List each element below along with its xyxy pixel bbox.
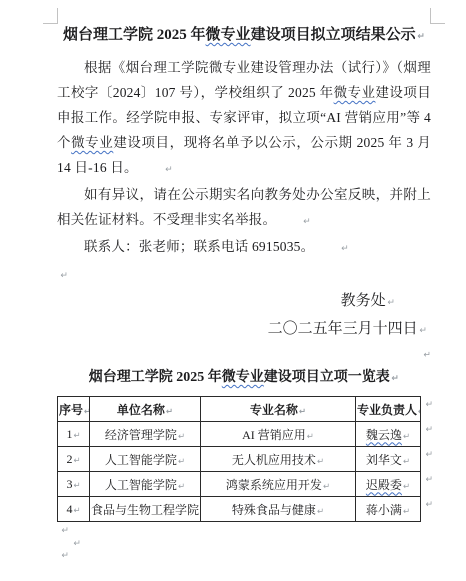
unit-name: 人工智能学院: [105, 453, 177, 467]
cell-major: AI 营销应用↵: [201, 422, 356, 447]
cell-mark-icon: ↵: [178, 482, 185, 492]
header-major-label: 专业名称: [250, 403, 298, 417]
cell-mark-icon: ↵: [84, 407, 89, 417]
leader-name: 蒋小满: [366, 503, 402, 517]
header-cell-no: 序号↵: [58, 397, 90, 422]
cell-mark-icon: ↵: [403, 507, 410, 517]
paragraph-contact: 联系人：张老师；联系电话 6915035。↵: [57, 234, 431, 261]
leader-name: 魏云逸: [366, 428, 402, 442]
row-end-mark-icon: ↵: [425, 425, 433, 435]
cell-mark-icon: ↵: [73, 506, 80, 516]
cell-mark-icon: ↵: [178, 457, 185, 467]
cell-unit: 食品与生物工程学院↵: [90, 497, 201, 522]
empty-paragraph: ↵: [57, 261, 431, 288]
header-cell-major: 专业名称↵: [201, 397, 356, 422]
cell-unit: 人工智能学院↵: [90, 472, 201, 497]
cell-mark-icon: ↵: [323, 482, 330, 492]
major-name: 特殊食品与健康: [232, 503, 316, 517]
table-title-wavy-term: 微专业: [222, 370, 264, 385]
cell-leader: 魏云逸↵: [356, 422, 421, 447]
cell-mark-icon: ↵: [403, 482, 410, 492]
paragraph-mark-icon: ↵: [417, 26, 425, 47]
header-leader-label: 专业负责人: [357, 403, 417, 417]
cell-major: 鸿蒙系统应用开发↵: [201, 472, 356, 497]
paragraph-mark-icon: ↵: [391, 369, 399, 389]
row-end-mark-icon: ↵: [425, 450, 433, 460]
row-end-mark-icon: ↵: [425, 500, 433, 510]
basis-wavy1: 微专业: [334, 85, 376, 100]
empty-paragraph: ↵: [57, 344, 431, 366]
unit-name: 人工智能学院: [105, 478, 177, 492]
table-title-part1: 烟台理工学院 2025 年: [89, 370, 222, 385]
major-name: AI 营销应用: [242, 428, 306, 442]
paragraph-mark-icon: ↵: [60, 264, 68, 287]
cell-unit: 经济管理学院↵: [90, 422, 201, 447]
paragraph-basis: 根据《烟台理工学院微专业建设管理办法（试行）》（烟理工校字〔2024〕107 号…: [57, 55, 431, 182]
project-table-wrapper: 序号↵ 单位名称↵ 专业名称↵ 专业负责人↵ 1↵ 经济管理学院↵ AI 营销应…: [57, 396, 420, 522]
signature-department: 教务处↵: [57, 288, 431, 316]
row-end-mark-icon: ↵: [425, 400, 433, 410]
cell-mark-icon: ↵: [178, 432, 185, 442]
leader-name: 刘华文: [366, 453, 402, 467]
paragraph-mark-icon: ↵: [419, 319, 427, 342]
table-row: 2↵ 人工智能学院↵ 无人机应用技术↵ 刘华文↵: [58, 447, 421, 472]
paragraph-mark-icon: ↵: [279, 210, 311, 233]
document-title: 烟台理工学院 2025 年微专业建设项目拟立项结果公示↵: [57, 24, 431, 48]
cell-major: 无人机应用技术↵: [201, 447, 356, 472]
paragraph-mark-icon: ↵: [61, 551, 69, 562]
cell-major: 特殊食品与健康↵: [201, 497, 356, 522]
cell-mark-icon: ↵: [166, 407, 173, 417]
cell-no: 1↵: [58, 422, 90, 447]
table-header-row: 序号↵ 单位名称↵ 专业名称↵ 专业负责人↵: [58, 397, 421, 422]
document-body: 烟台理工学院 2025 年微专业建设项目拟立项结果公示↵ 根据《烟台理工学院微专…: [57, 24, 431, 563]
major-name: 鸿蒙系统应用开发: [226, 478, 322, 492]
table-row: 3↵ 人工智能学院↵ 鸿蒙系统应用开发↵ 迟殿委↵: [58, 472, 421, 497]
crop-mark-top-right-icon: [430, 8, 445, 24]
leader-name: 迟殿委: [366, 478, 402, 492]
cell-mark-icon: ↵: [418, 407, 420, 417]
cell-mark-icon: ↵: [317, 507, 324, 517]
cell-mark-icon: ↵: [317, 457, 324, 467]
paragraph-mark-icon: ↵: [317, 237, 349, 260]
row-end-mark-icon: ↵: [425, 475, 433, 485]
header-unit-label: 单位名称: [117, 403, 165, 417]
paragraph-mark-icon: ↵: [61, 526, 69, 537]
header-cell-leader: 专业负责人↵: [356, 397, 421, 422]
table-title-part2: 建设项目立项一览表: [264, 370, 390, 385]
table-row: 1↵ 经济管理学院↵ AI 营销应用↵ 魏云逸↵: [58, 422, 421, 447]
table-title: 烟台理工学院 2025 年微专业建设项目立项一览表↵: [57, 367, 431, 390]
cell-mark-icon: ↵: [299, 407, 306, 417]
crop-mark-top-left-icon: [43, 8, 58, 24]
paragraph-mark-icon: ↵: [73, 538, 81, 549]
cell-mark-icon: ↵: [73, 456, 80, 466]
cell-mark-icon: ↵: [403, 457, 410, 467]
row-number: 2: [66, 452, 72, 466]
header-no-label: 序号: [59, 403, 83, 417]
cell-mark-icon: ↵: [73, 481, 80, 491]
paragraph-mark-icon: ↵: [141, 158, 173, 181]
title-part2: 建设项目拟立项结果公示: [251, 27, 416, 43]
unit-name: 经济管理学院: [105, 428, 177, 442]
cell-no: 4↵: [58, 497, 90, 522]
table-row: 4↵ 食品与生物工程学院↵ 特殊食品与健康↵ 蒋小满↵: [58, 497, 421, 522]
basis-seg3: 建设项目，现将名单予以公示，公示期 2025 年 3 月 14 日-16 日。: [57, 135, 431, 175]
cell-mark-icon: ↵: [403, 432, 410, 442]
cell-no: 3↵: [58, 472, 90, 497]
basis-wavy2: 微专业: [71, 135, 113, 150]
row-number: 1: [66, 427, 72, 441]
project-table: 序号↵ 单位名称↵ 专业名称↵ 专业负责人↵ 1↵ 经济管理学院↵ AI 营销应…: [57, 396, 421, 522]
cell-leader: 刘华文↵: [356, 447, 421, 472]
title-wavy-term: 微专业: [206, 27, 251, 43]
cell-leader: 迟殿委↵: [356, 472, 421, 497]
paragraph-objection: 如有异议，请在公示期实名向教务处办公室反映，并附上相关佐证材料。不受理非实名举报…: [57, 182, 431, 234]
header-cell-unit: 单位名称↵: [90, 397, 201, 422]
title-part1: 烟台理工学院 2025 年: [63, 27, 206, 43]
department-name: 教务处: [341, 293, 386, 309]
paragraph-mark-icon: ↵: [387, 291, 395, 314]
cell-leader: 蒋小满↵: [356, 497, 421, 522]
unit-name: 食品与生物工程学院: [91, 503, 199, 517]
cell-unit: 人工智能学院↵: [90, 447, 201, 472]
cell-mark-icon: ↵: [73, 431, 80, 441]
paragraph-mark-icon: ↵: [423, 346, 431, 365]
cell-no: 2↵: [58, 447, 90, 472]
row-number: 3: [66, 477, 72, 491]
trailing-empty-paragraphs: ↵ ↵ ↵: [57, 525, 431, 563]
contact-text: 联系人：张老师；联系电话 6915035。: [84, 239, 314, 254]
major-name: 无人机应用技术: [232, 453, 316, 467]
word-document-page: { "colors": { "page_background": "#fffff…: [0, 0, 466, 581]
row-number: 4: [66, 502, 72, 516]
cell-mark-icon: ↵: [307, 432, 314, 442]
signature-date: 二〇二五年三月十四日↵: [57, 316, 431, 344]
objection-text: 如有异议，请在公示期实名向教务处办公室反映，并附上相关佐证材料。不受理非实名举报…: [57, 187, 431, 227]
date-text: 二〇二五年三月十四日: [268, 321, 418, 337]
